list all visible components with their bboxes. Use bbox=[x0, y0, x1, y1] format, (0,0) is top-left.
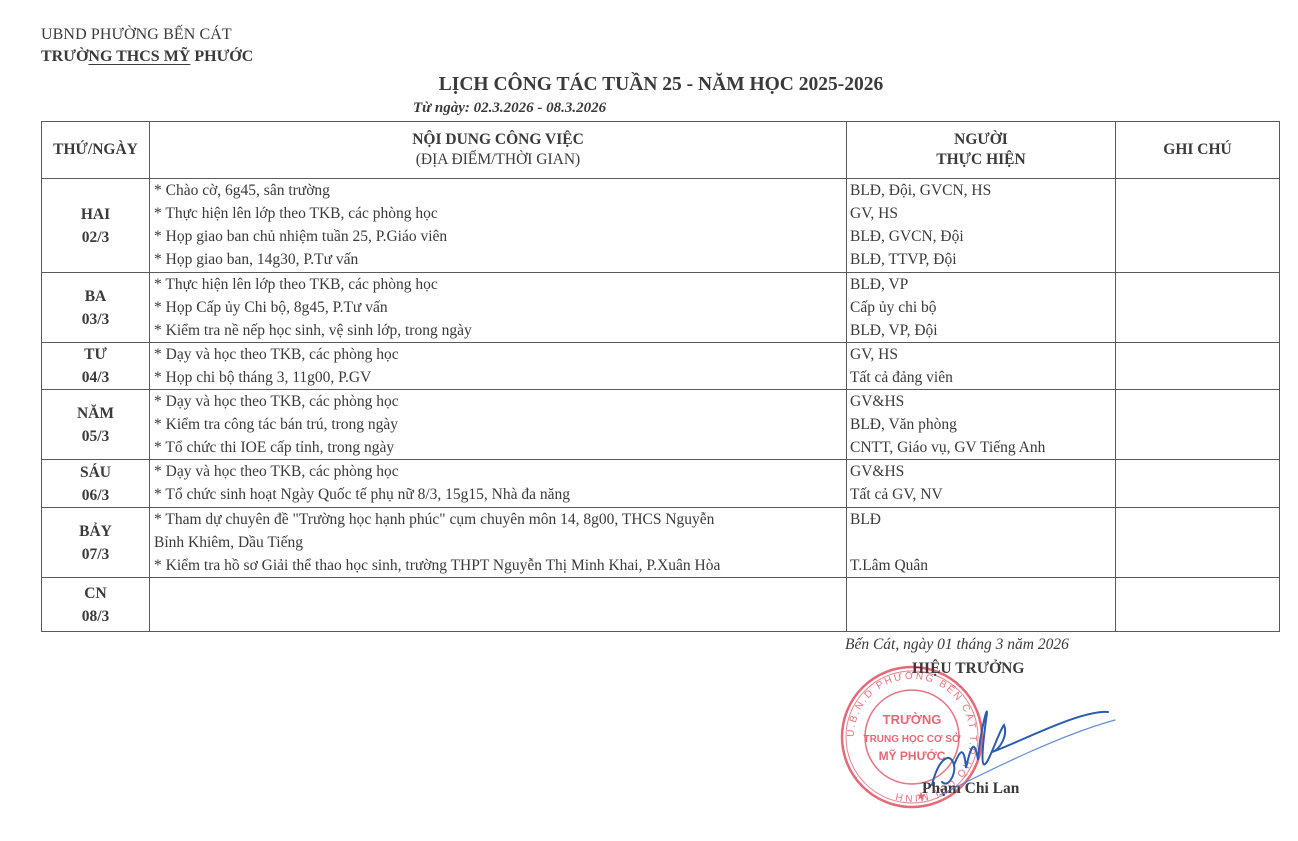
header-school: TRƯỜNG THCS MỸ PHƯỚC bbox=[41, 48, 253, 66]
note-cell bbox=[1116, 273, 1280, 343]
responsible-item: BLĐ, Văn phòng bbox=[847, 413, 1115, 436]
day-cell: NĂM05/3 bbox=[42, 390, 150, 460]
table-row: BA03/3* Thực hiện lên lớp theo TKB, các … bbox=[42, 273, 1280, 343]
schedule-table: THỨ/NGÀY NỘI DUNG CÔNG VIỆC(ĐỊA ĐIỂM/THỜ… bbox=[41, 121, 1280, 632]
task-item: * Họp Cấp ủy Chi bộ, 8g45, P.Tư vấn bbox=[150, 296, 846, 319]
date-label: 08/3 bbox=[42, 605, 149, 628]
note-cell bbox=[1116, 343, 1280, 390]
task-item: * Tham dự chuyên đề "Trường học hạnh phú… bbox=[150, 508, 846, 531]
table-row: NĂM05/3* Dạy và học theo TKB, các phòng … bbox=[42, 390, 1280, 460]
task-item: * Dạy và học theo TKB, các phòng học bbox=[150, 390, 846, 413]
task-item: * Họp chi bộ tháng 3, 11g00, P.GV bbox=[150, 366, 846, 389]
responsible-item: GV&HS bbox=[847, 460, 1115, 483]
signature-role: HIỆU TRƯỞNG bbox=[912, 660, 1024, 678]
school-name-underlined: NG THCS MỸ bbox=[88, 48, 190, 65]
task-item: * Kiểm tra công tác bán trú, trong ngày bbox=[150, 413, 846, 436]
table-row: BẢY07/3* Tham dự chuyên đề "Trường học h… bbox=[42, 508, 1280, 578]
responsible-item: BLĐ, TTVP, Đội bbox=[847, 248, 1115, 271]
day-cell: SÁU06/3 bbox=[42, 460, 150, 508]
task-cell bbox=[150, 578, 847, 632]
task-item: * Kiểm tra hồ sơ Giải thể thao học sinh,… bbox=[150, 554, 846, 577]
responsible-item: GV&HS bbox=[847, 390, 1115, 413]
school-name-part: PHƯỚC bbox=[190, 48, 253, 65]
document-title: LỊCH CÔNG TÁC TUẦN 25 - NĂM HỌC 2025-202… bbox=[0, 74, 1298, 96]
responsible-item: GV, HS bbox=[847, 343, 1115, 366]
task-item: * Dạy và học theo TKB, các phòng học bbox=[150, 343, 846, 366]
responsible-cell: BLĐT.Lâm Quân bbox=[847, 508, 1116, 578]
column-header-day: THỨ/NGÀY bbox=[42, 122, 150, 179]
weekday-label: CN bbox=[42, 582, 149, 605]
responsible-item: Tất cả đảng viên bbox=[847, 366, 1115, 389]
responsible-cell: GV&HSBLĐ, Văn phòngCNTT, Giáo vụ, GV Tiế… bbox=[847, 390, 1116, 460]
task-cell: * Tham dự chuyên đề "Trường học hạnh phú… bbox=[150, 508, 847, 578]
table-row: TƯ04/3* Dạy và học theo TKB, các phòng h… bbox=[42, 343, 1280, 390]
responsible-item: BLĐ, VP, Đội bbox=[847, 319, 1115, 342]
date-label: 02/3 bbox=[42, 226, 149, 249]
responsible-item bbox=[847, 531, 1115, 554]
weekday-label: SÁU bbox=[42, 461, 149, 484]
date-label: 04/3 bbox=[42, 366, 149, 389]
responsible-item: Tất cả GV, NV bbox=[847, 483, 1115, 506]
task-item: * Tổ chức thi IOE cấp tỉnh, trong ngày bbox=[150, 436, 846, 459]
day-cell: BẢY07/3 bbox=[42, 508, 150, 578]
weekday-label: BẢY bbox=[42, 520, 149, 543]
responsible-cell: GV&HSTất cả GV, NV bbox=[847, 460, 1116, 508]
responsible-cell: GV, HSTất cả đảng viên bbox=[847, 343, 1116, 390]
note-cell bbox=[1116, 390, 1280, 460]
responsible-item: T.Lâm Quân bbox=[847, 554, 1115, 577]
signature-scribble bbox=[930, 690, 1130, 800]
task-item: * Kiểm tra nề nếp học sinh, vệ sinh lớp,… bbox=[150, 319, 846, 342]
date-label: 06/3 bbox=[42, 484, 149, 507]
note-cell bbox=[1116, 179, 1280, 273]
responsible-item: BLĐ, GVCN, Đội bbox=[847, 225, 1115, 248]
weekday-label: BA bbox=[42, 285, 149, 308]
responsible-cell: BLĐ, VPCấp ủy chi bộBLĐ, VP, Đội bbox=[847, 273, 1116, 343]
task-item: * Họp giao ban chủ nhiệm tuần 25, P.Giáo… bbox=[150, 225, 846, 248]
task-item: * Tổ chức sinh hoạt Ngày Quốc tế phụ nữ … bbox=[150, 483, 846, 506]
header-org: UBND PHƯỜNG BẾN CÁT bbox=[41, 26, 232, 44]
task-cell: * Dạy và học theo TKB, các phòng học* Ki… bbox=[150, 390, 847, 460]
weekday-label: TƯ bbox=[42, 343, 149, 366]
date-label: 07/3 bbox=[42, 543, 149, 566]
responsible-item: BLĐ bbox=[847, 508, 1115, 531]
task-item: * Họp giao ban, 14g30, P.Tư vấn bbox=[150, 248, 846, 271]
table-row: SÁU06/3* Dạy và học theo TKB, các phòng … bbox=[42, 460, 1280, 508]
task-item: * Thực hiện lên lớp theo TKB, các phòng … bbox=[150, 273, 846, 296]
task-cell: * Dạy và học theo TKB, các phòng học* Họ… bbox=[150, 343, 847, 390]
column-header-task: NỘI DUNG CÔNG VIỆC(ĐỊA ĐIỂM/THỜI GIAN) bbox=[150, 122, 847, 179]
day-cell: HAI02/3 bbox=[42, 179, 150, 273]
responsible-item: GV, HS bbox=[847, 202, 1115, 225]
column-header-who: NGƯỜITHỰC HIỆN bbox=[847, 122, 1116, 179]
responsible-cell: BLĐ, Đội, GVCN, HSGV, HSBLĐ, GVCN, ĐộiBL… bbox=[847, 179, 1116, 273]
date-range: Từ ngày: 02.3.2026 - 08.3.2026 bbox=[413, 100, 606, 117]
responsible-cell bbox=[847, 578, 1116, 632]
date-label: 03/3 bbox=[42, 308, 149, 331]
task-item: * Chào cờ, 6g45, sân trường bbox=[150, 179, 846, 202]
day-cell: TƯ04/3 bbox=[42, 343, 150, 390]
task-item: * Thực hiện lên lớp theo TKB, các phòng … bbox=[150, 202, 846, 225]
date-label: 05/3 bbox=[42, 425, 149, 448]
task-item: * Dạy và học theo TKB, các phòng học bbox=[150, 460, 846, 483]
column-header-note: GHI CHÚ bbox=[1116, 122, 1280, 179]
signature-place-date: Bến Cát, ngày 01 tháng 3 năm 2026 bbox=[845, 636, 1069, 654]
weekday-label: NĂM bbox=[42, 402, 149, 425]
weekday-label: HAI bbox=[42, 203, 149, 226]
responsible-item: CNTT, Giáo vụ, GV Tiếng Anh bbox=[847, 436, 1115, 459]
day-cell: BA03/3 bbox=[42, 273, 150, 343]
task-cell: * Thực hiện lên lớp theo TKB, các phòng … bbox=[150, 273, 847, 343]
note-cell bbox=[1116, 508, 1280, 578]
school-name-part: TRƯỜ bbox=[41, 48, 88, 65]
table-row: CN08/3 bbox=[42, 578, 1280, 632]
table-row: HAI02/3* Chào cờ, 6g45, sân trường* Thực… bbox=[42, 179, 1280, 273]
task-cell: * Chào cờ, 6g45, sân trường* Thực hiện l… bbox=[150, 179, 847, 273]
task-item: Bỉnh Khiêm, Dầu Tiếng bbox=[150, 531, 846, 554]
table-header-row: THỨ/NGÀY NỘI DUNG CÔNG VIỆC(ĐỊA ĐIỂM/THỜ… bbox=[42, 122, 1280, 179]
responsible-item: BLĐ, Đội, GVCN, HS bbox=[847, 179, 1115, 202]
day-cell: CN08/3 bbox=[42, 578, 150, 632]
task-cell: * Dạy và học theo TKB, các phòng học* Tổ… bbox=[150, 460, 847, 508]
responsible-item: BLĐ, VP bbox=[847, 273, 1115, 296]
note-cell bbox=[1116, 460, 1280, 508]
responsible-item: Cấp ủy chi bộ bbox=[847, 296, 1115, 319]
note-cell bbox=[1116, 578, 1280, 632]
